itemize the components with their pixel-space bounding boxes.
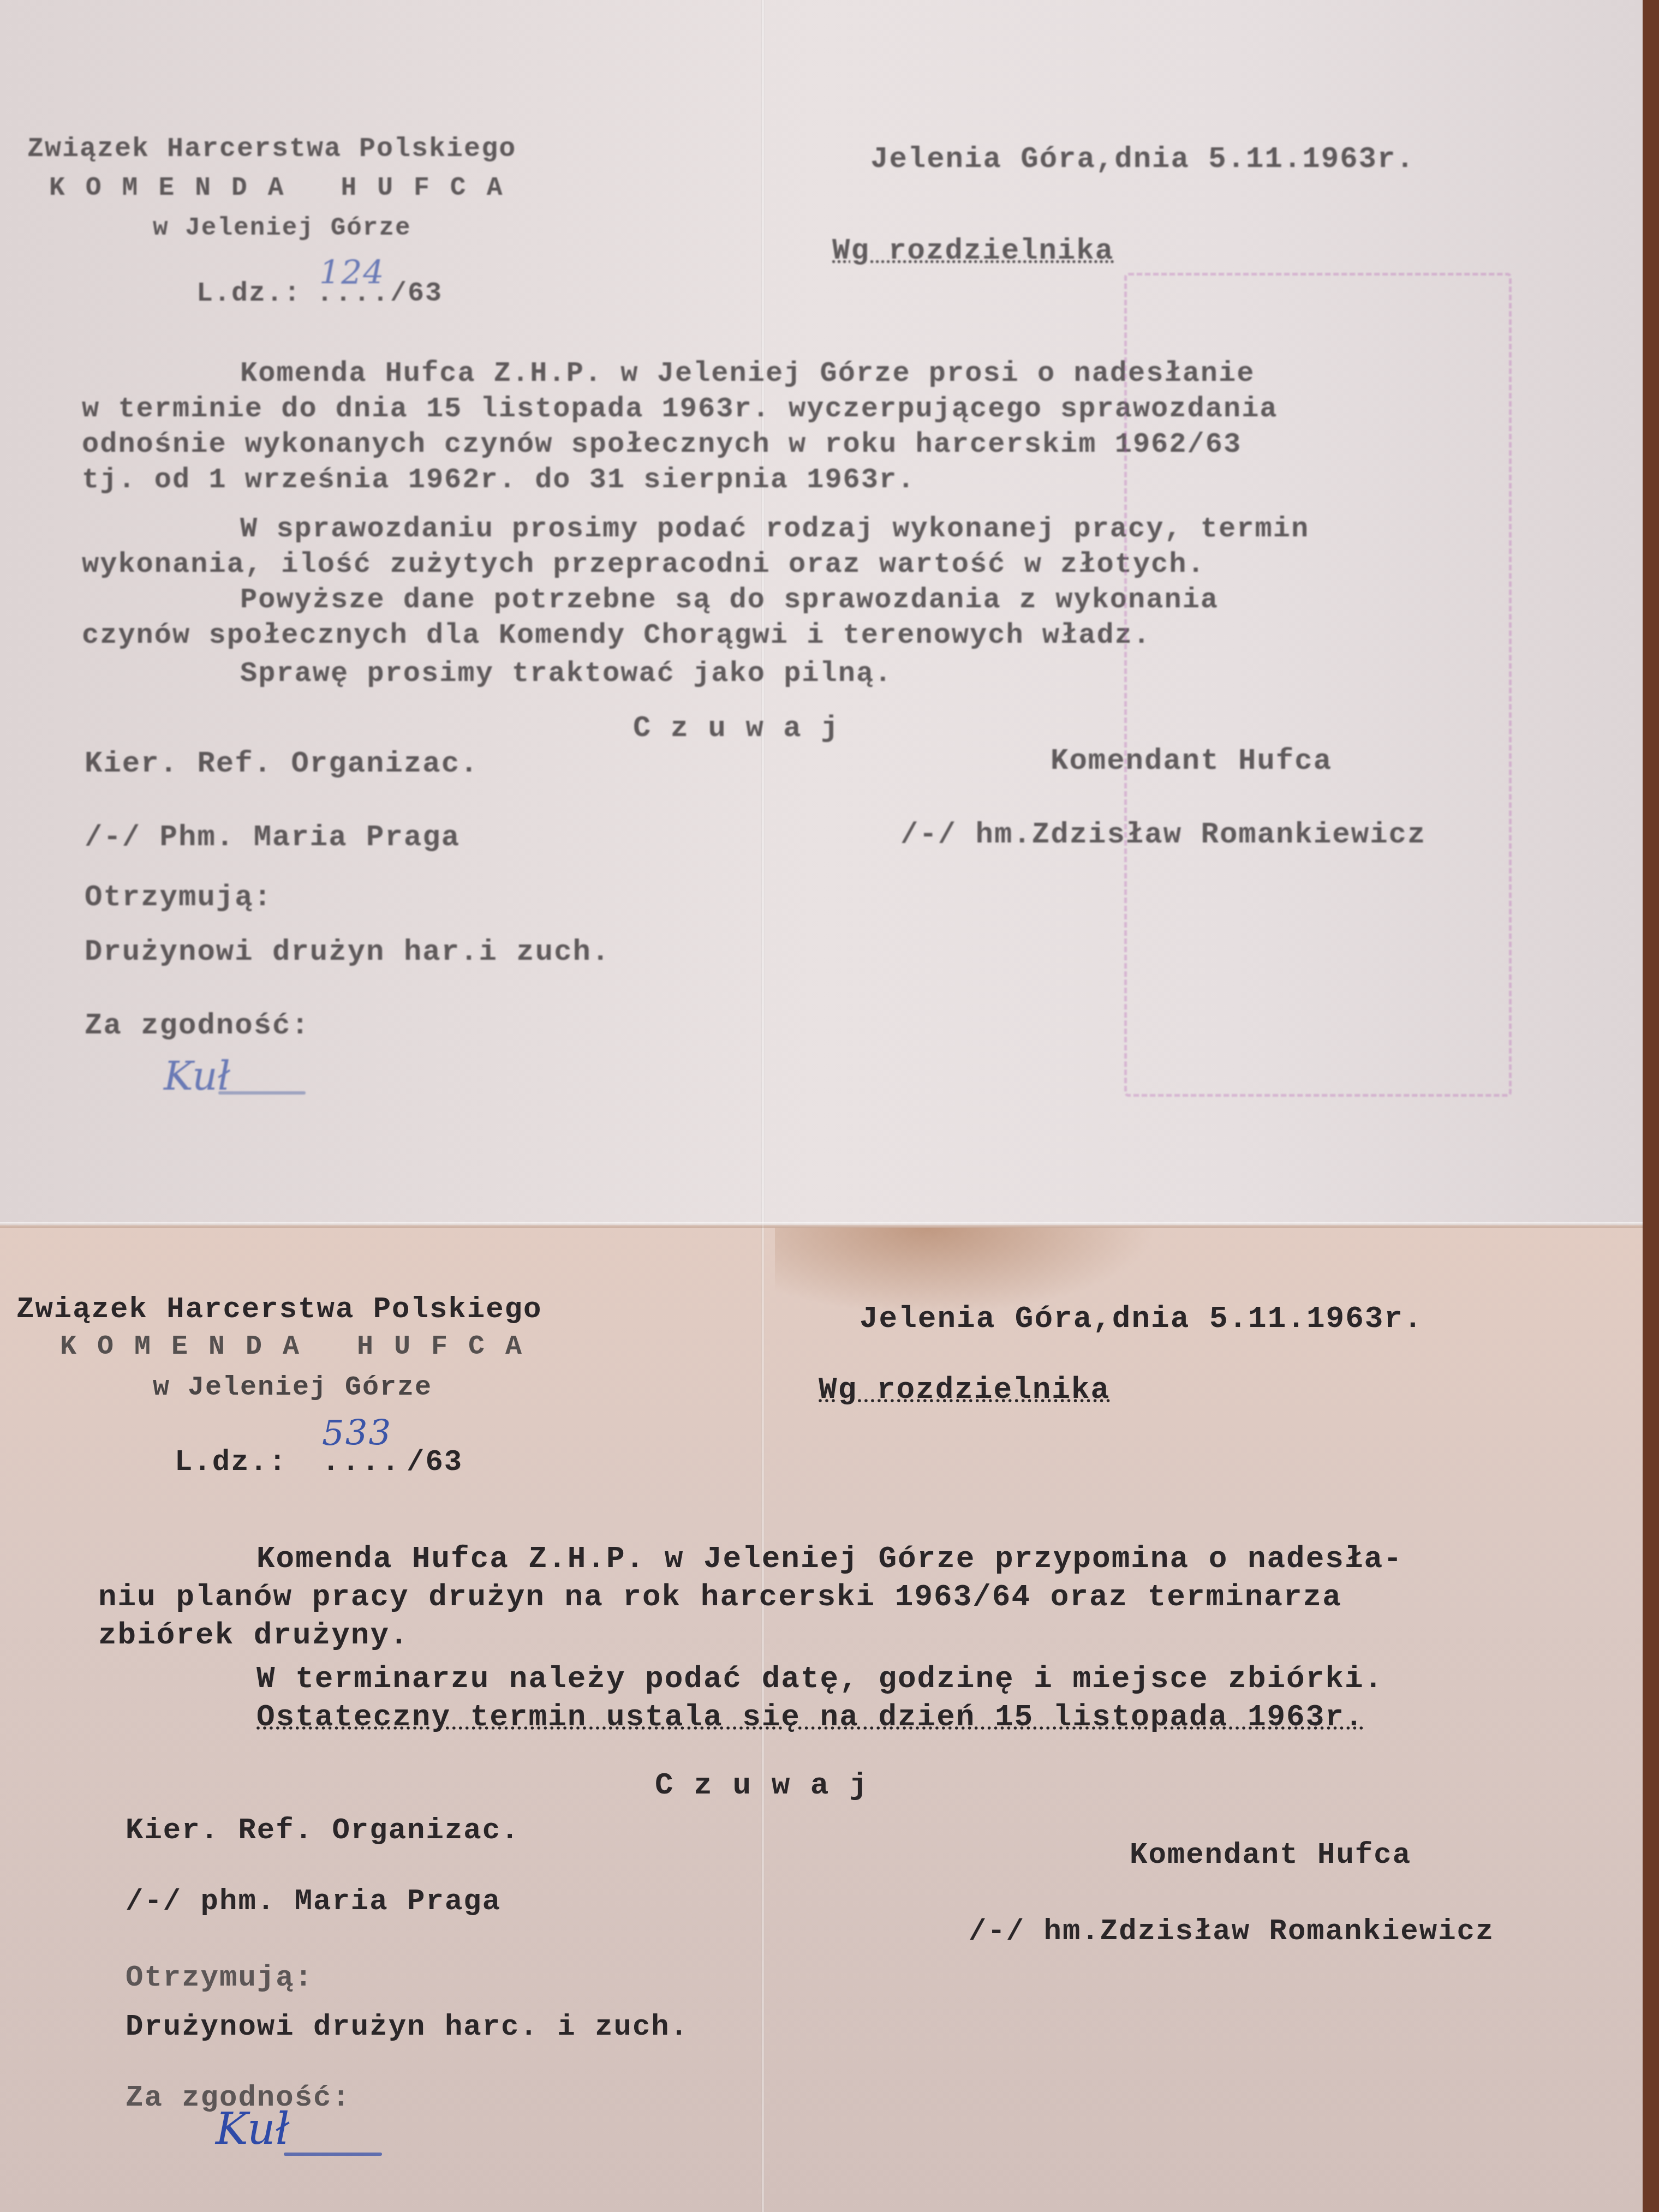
violet-stamp-trace: [1124, 273, 1512, 1097]
body-line: Powyższe dane potrzebne są do sprawozdan…: [240, 584, 1219, 616]
body-line: Ostateczny termin ustala się na dzień 15…: [256, 1700, 1364, 1735]
body-line: Komenda Hufca Z.H.P. w Jeleniej Górze pr…: [240, 357, 1255, 390]
greeting: C z u w a j: [633, 712, 839, 745]
body-line: Komenda Hufca Z.H.P. w Jeleniej Górze pr…: [256, 1541, 1403, 1576]
body-line: niu planów pracy drużyn na rok harcerski…: [98, 1580, 1342, 1615]
recipients: Drużynowi drużyn harc. i zuch.: [126, 2011, 689, 2044]
body-line: czynów społecznych dla Komendy Chorągwi …: [82, 619, 1151, 651]
left-signatory-title: Kier. Ref. Organizac.: [126, 1814, 520, 1848]
place-date: Jelenia Góra,dnia 5.11.1963r.: [870, 143, 1415, 176]
addressee: Wg rozdzielnika: [819, 1372, 1110, 1407]
recipients: Drużynowi drużyn har.i zuch.: [85, 936, 610, 969]
handwritten-signature: Kuł: [216, 2103, 289, 2154]
body-line: odnośnie wykonanych czynów społecznych w…: [82, 428, 1242, 461]
left-signatory-title: Kier. Ref. Organizac.: [85, 748, 479, 781]
ref-suffix: /63: [407, 1446, 463, 1479]
signature-stroke: [284, 2153, 382, 2156]
left-signatory-name: /-/ phm. Maria Praga: [126, 1885, 501, 1918]
horizontal-fold-line: [0, 1222, 1643, 1228]
org-location: w Jeleniej Górze: [153, 1372, 432, 1403]
body-line: tj. od 1 września 1962r. do 31 sierpnia …: [82, 464, 915, 496]
body-line: wykonania, ilość zużytych przepracodni o…: [82, 548, 1206, 581]
org-name: Związek Harcerstwa Polskiego: [16, 1293, 542, 1326]
place-date: Jelenia Góra,dnia 5.11.1963r.: [860, 1301, 1423, 1336]
right-signatory-title: Komendant Hufca: [1130, 1839, 1411, 1872]
addressee: Wg rozdzielnika: [832, 235, 1114, 268]
greeting: C z u w a j: [655, 1768, 869, 1803]
org-name: Związek Harcerstwa Polskiego: [27, 134, 516, 165]
body-line: Sprawę prosimy traktować jako pilną.: [240, 657, 892, 690]
left-signatory-name: /-/ Phm. Maria Praga: [85, 821, 460, 854]
paper-sheet: Związek Harcerstwa Polskiego KOMENDA HUF…: [0, 0, 1643, 2212]
recipients-label: Otrzymują:: [85, 881, 272, 914]
org-unit: KOMENDA HUFCA: [49, 174, 523, 203]
body-line: w terminie do dnia 15 listopada 1963r. w…: [82, 393, 1278, 425]
org-location: w Jeleniej Górze: [153, 214, 411, 242]
ref-label: L.dz.:: [175, 1446, 287, 1479]
ref-label: L.dz.:: [196, 278, 301, 309]
org-unit: KOMENDA HUFCA: [60, 1331, 542, 1362]
ref-dots: ....: [317, 278, 391, 309]
ref-dots: ....: [322, 1446, 402, 1479]
right-signatory-name: /-/ hm.Zdzisław Romankiewicz: [969, 1915, 1494, 1948]
body-line: W terminarzu należy podać datę, godzinę …: [256, 1661, 1383, 1696]
body-line: zbiórek drużyny.: [98, 1618, 409, 1653]
conformity-label: Za zgodność:: [85, 1009, 310, 1043]
vertical-fold-line: [761, 0, 765, 2212]
signature-stroke: [218, 1091, 306, 1095]
ref-suffix: /63: [390, 278, 443, 309]
recipients-label: Otrzymują:: [126, 1962, 313, 1995]
